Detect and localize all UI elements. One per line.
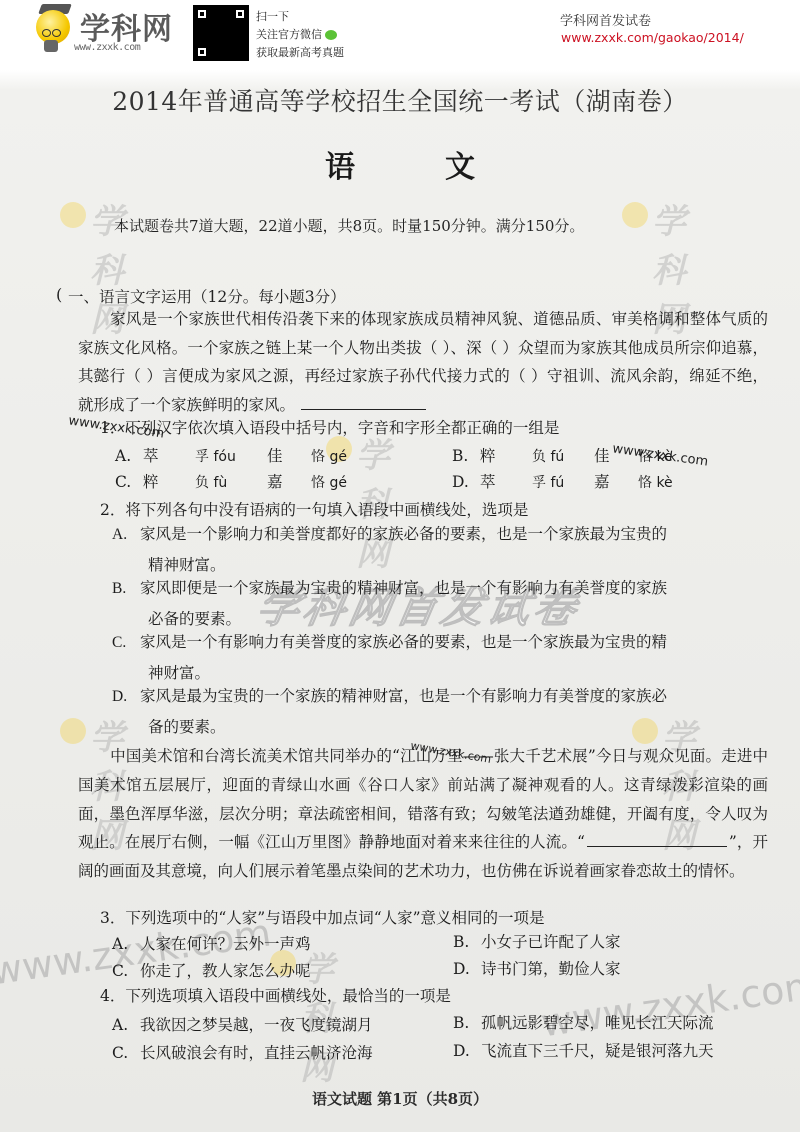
exam-page: 学科网 www.zxxk.com 扫一下 关注官方微信 获取最新高考真题 学科网… [0,0,800,1132]
q3-option-b: B.小女子已许配了人家 [453,930,621,952]
question-4-stem: 4．下列选项填入语段中画横线处，最恰当的一项是 [100,984,451,1006]
scan-line-2: 关注官方微信 [256,26,344,44]
scan-instructions: 扫一下 关注官方微信 获取最新高考真题 [256,8,344,62]
publisher-label: 学科网首发试卷 [560,10,651,29]
q4-option-d: D.飞流直下三千尺，疑是银河落九天 [453,1039,714,1061]
exam-title: 2014年普通高等学校招生全国统一考试（湖南卷） [0,82,800,118]
q1-option-c: C.粹负 fù嘉恪 gé [115,470,347,492]
q2-option-d: D.家风是最为宝贵的一个家族的精神财富，也是一个有影响力有美誉度的家族必 备的要… [112,681,772,742]
qr-finder-icon [195,45,209,59]
passage-2: 中国美术馆和台湾长流美术馆共同举办的“江山万里——张大千艺术展”今日与观众见面。… [78,742,768,886]
q2-option-b: B.家风即便是一个家族最为宝贵的精神财富，也是一个有影响力有美誉度的家族 必备的… [112,573,772,634]
logo-url: www.zxxk.com [74,42,140,53]
scan-line-1: 扫一下 [256,8,344,26]
q4-option-b: B.孤帆远影碧空尽，唯见长江天际流 [453,1011,714,1033]
header-banner: 学科网 www.zxxk.com 扫一下 关注官方微信 获取最新高考真题 学科网… [0,0,800,70]
answer-blank [301,393,426,410]
qr-code-icon[interactable] [193,5,249,61]
publisher-link[interactable]: www.zxxk.com/gaokao/2014/ [561,30,744,45]
q1-option-d: D.萃孚 fú嘉恪 kè [452,470,673,492]
wechat-icon [325,30,337,40]
scan-line-3: 获取最新高考真题 [256,44,344,62]
zxxk-logo[interactable]: 学科网 www.zxxk.com [30,4,180,56]
subject-title: 语文 [0,142,800,186]
exam-intro: 本试题卷共7道大题，22道小题，共8页。时量150分钟。满分150分。 [114,215,584,236]
mascot-body-icon [44,40,58,52]
q1-option-b: B.粹负 fú佳恪 kè [452,444,673,466]
question-2-stem: 2．将下列各句中没有语病的一句填入语段中画横线处，选项是 [100,498,528,520]
q4-option-c: C.长风破浪会有时，直挂云帆济沧海 [112,1041,373,1063]
section-heading: 一、语言文字运用（12分。每小题3分） [68,285,346,307]
q3-option-a: A.人家在何许？云外一声鸡 [112,932,311,954]
q3-option-c: C.你走了，教人家怎么办呢 [112,959,311,981]
question-3-stem: 3．下列选项中的“人家”与语段中加点词“人家”意义相同的一项是 [100,906,545,928]
q2-option-c: C.家风是一个有影响力有美誉度的家族必备的要素，也是一个家族最为宝贵的精 神财富… [112,627,772,688]
margin-mark: ( [56,285,62,304]
qr-finder-icon [195,7,209,21]
q4-option-a: A.我欲因之梦吴越，一夜飞度镜湖月 [112,1013,373,1035]
q3-option-d: D.诗书门第，勤俭人家 [453,957,621,979]
glasses-icon [42,22,64,30]
answer-blank [587,831,727,848]
passage-1: 家风是一个家族世代相传沿袭下来的体现家族成员精神风貌、道德品质、审美格调和整体气… [78,305,768,419]
q2-option-a: A.家风是一个影响力和美誉度都好的家族必备的要素，也是一个家族最为宝贵的 精神财… [112,519,772,580]
q1-option-a: A.萃孚 fóu佳恪 gé [115,444,347,466]
page-footer: 语文试题 第1页（共8页） [0,1088,800,1109]
qr-finder-icon [233,7,247,21]
question-1-stem: 1．下列汉字依次填入语段中括号内，字音和字形全都正确的一组是 [100,416,559,438]
